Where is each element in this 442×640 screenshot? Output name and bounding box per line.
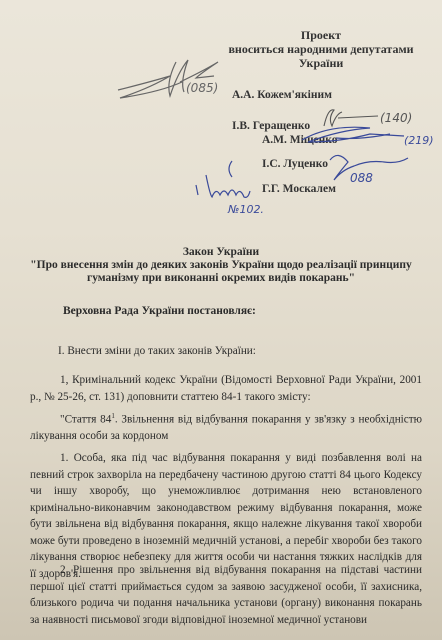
sponsor-2: І.В. Геращенко [232, 120, 310, 132]
article-title: "Стаття 841. Звільнення від відбування п… [30, 408, 422, 445]
law-title-line-3: гуманізму при виконанні окремих видів по… [0, 272, 442, 285]
signature-5: №102. [192, 155, 272, 220]
country-label: України [200, 56, 442, 70]
svg-text:(219): (219) [404, 134, 434, 147]
section-1: І. Внести зміни до таких законів України… [58, 343, 442, 360]
handwritten-signature-icon: №102. [192, 155, 272, 215]
document-page: Проект вноситься народними депутатами Ук… [0, 0, 442, 640]
law-title: Закон України "Про внесення змін до деяк… [0, 246, 442, 285]
sponsor-1: А.А. Кожем'якіним [232, 89, 332, 101]
paragraph-2: 2. Рішення про звільнення від відбування… [30, 562, 422, 628]
law-title-line-2: "Про внесення змін до деяких законів Укр… [0, 259, 442, 272]
preamble: Верховна Рада України постановляє: [63, 303, 442, 320]
signature-4: 088 [328, 150, 438, 195]
svg-text:№102.: №102. [227, 203, 264, 216]
sponsor-5: Г.Г. Москалем [262, 183, 336, 195]
signature-1: (085) [110, 52, 230, 117]
article-prefix: "Стаття 84 [60, 414, 111, 426]
svg-text:088: 088 [350, 171, 373, 185]
submitted-by-label: вноситься народними депутатами [200, 42, 442, 56]
svg-text:(085): (085) [186, 81, 218, 95]
handwritten-signature-icon: 088 [328, 150, 438, 190]
draft-label: Проект [200, 28, 442, 42]
item-1: 1, Кримінальний кодекс України (Відомост… [30, 372, 422, 405]
draft-header: Проект вноситься народними депутатами Ук… [200, 28, 442, 70]
handwritten-signature-icon: (085) [110, 52, 230, 112]
law-title-line-1: Закон України [0, 246, 442, 259]
